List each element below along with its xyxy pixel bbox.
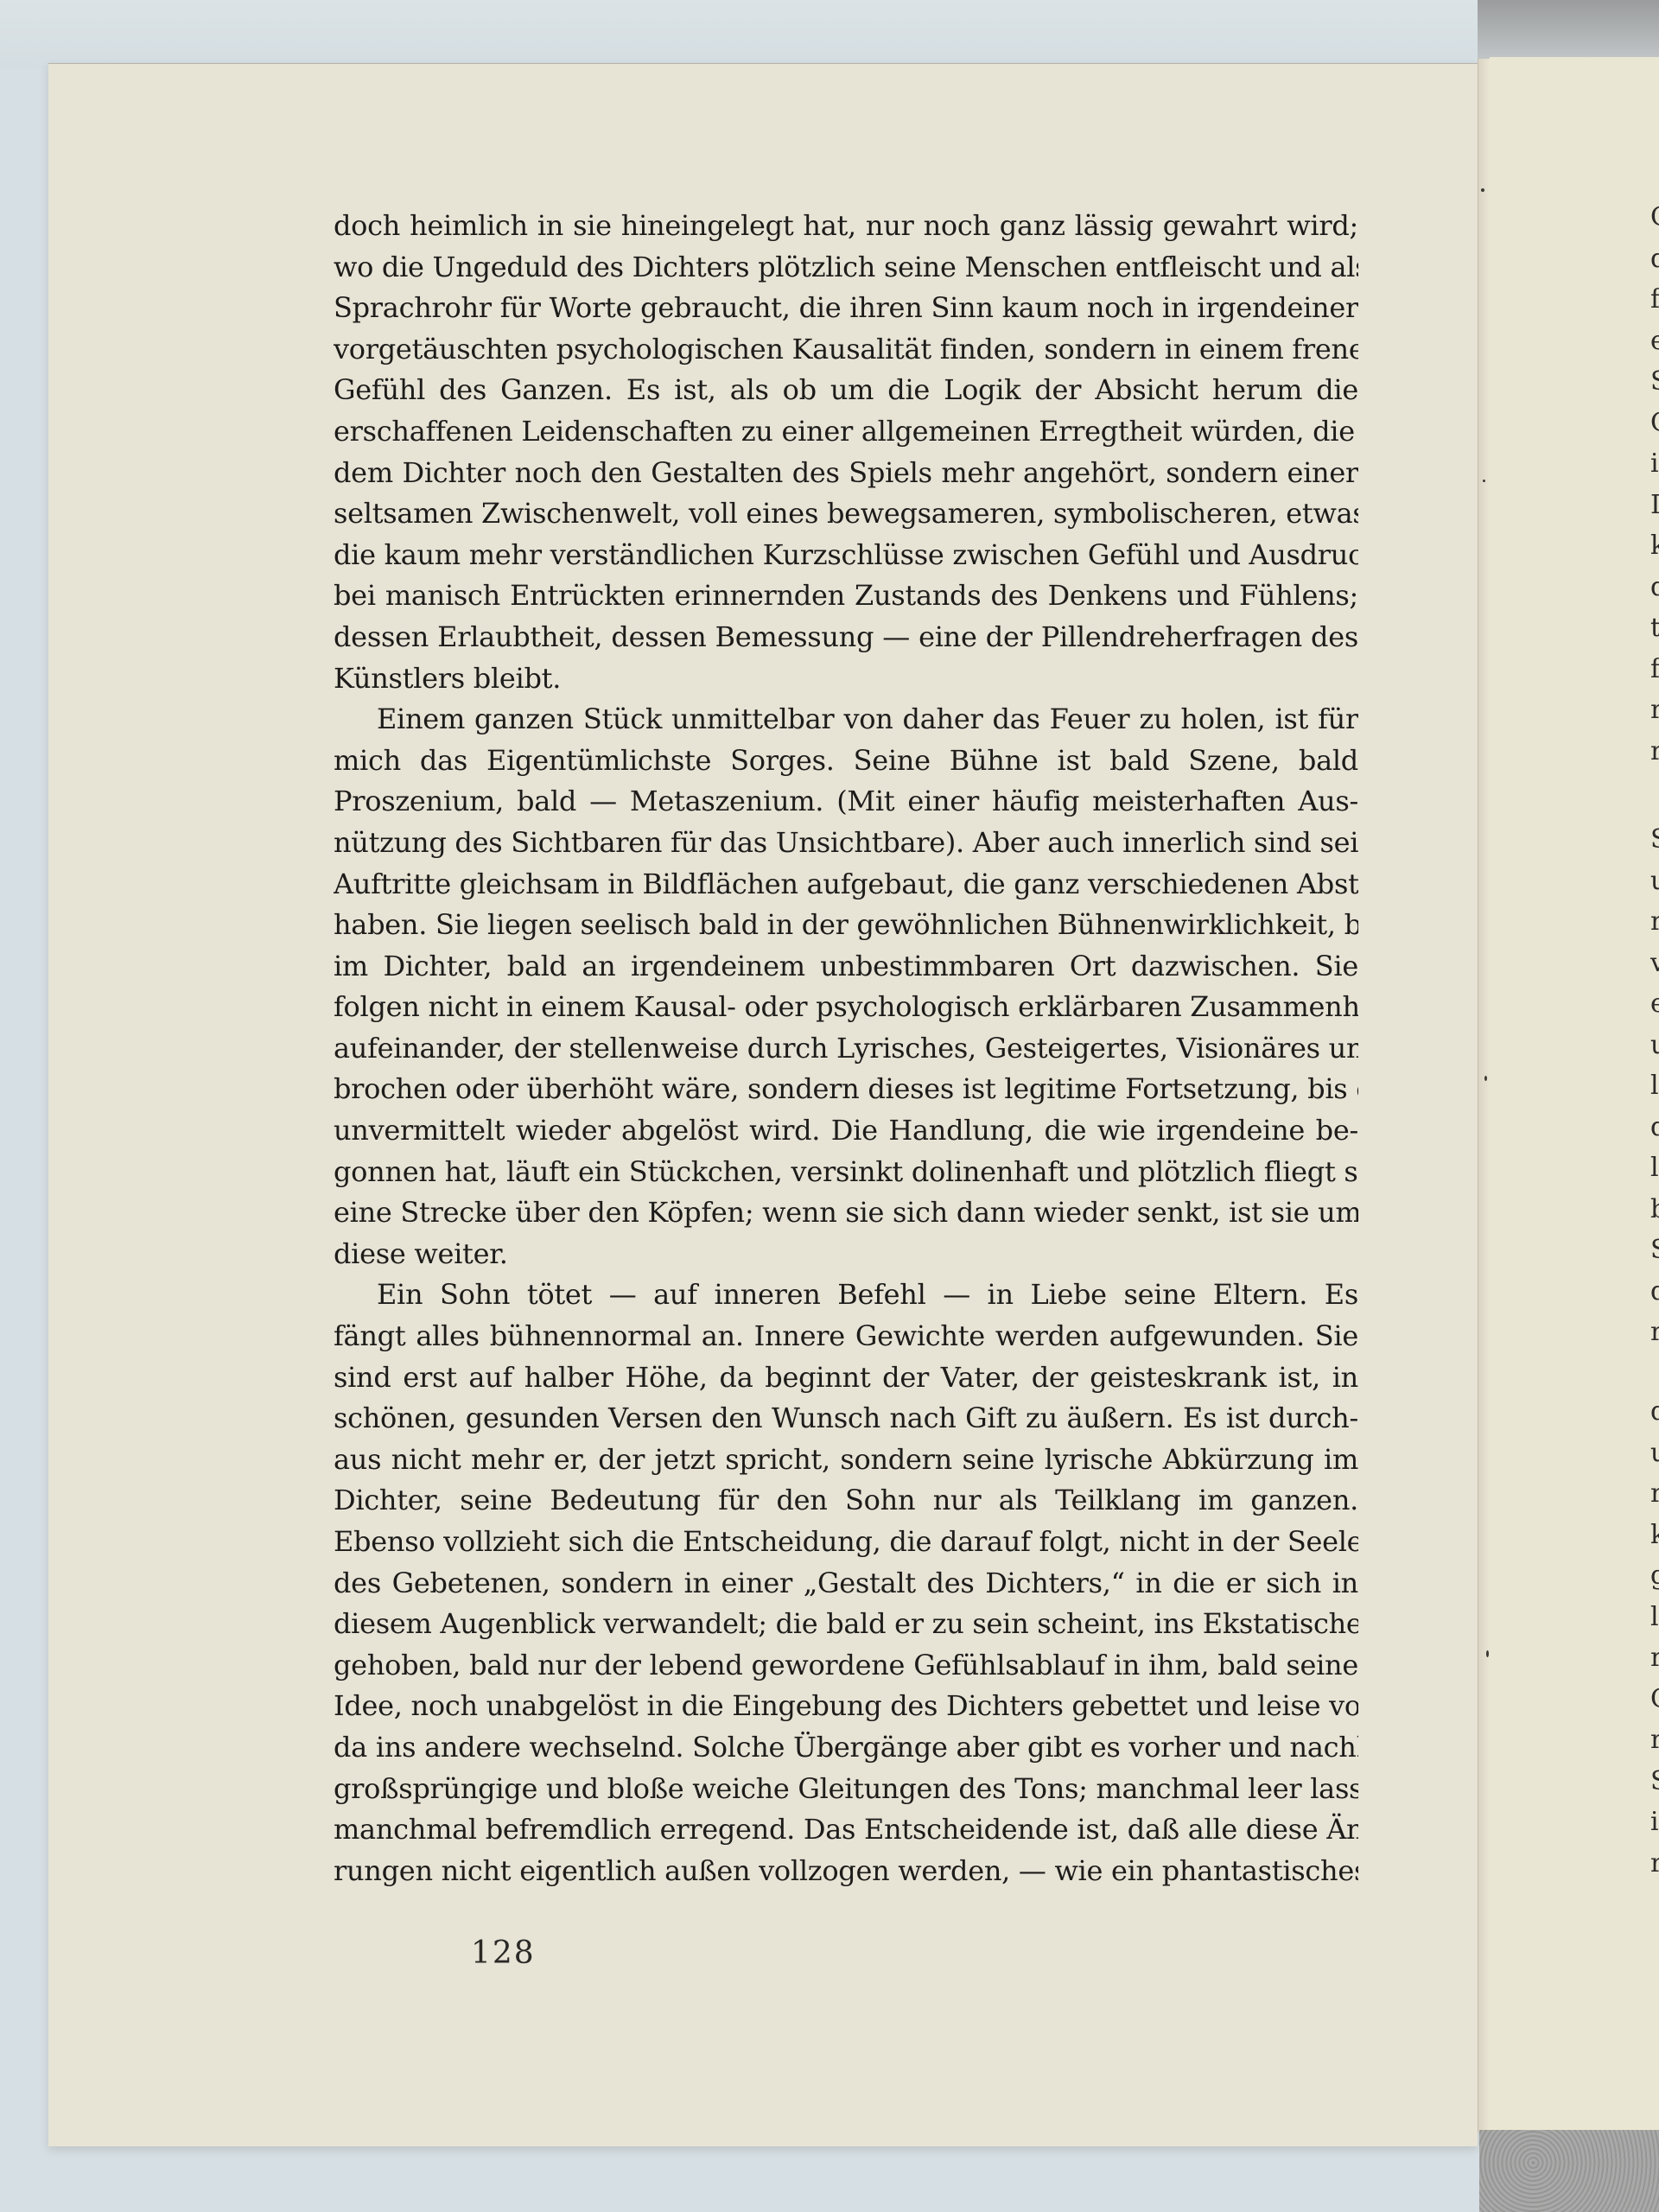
text-line: Gefühl des Ganzen. Es ist, als ob um die… [334, 370, 1358, 411]
paragraph-3: Ein Sohn tötet — auf inneren Befehl — in… [334, 1274, 1358, 1891]
page-number: 128 [471, 1935, 536, 1971]
book-page-right-edge [1490, 57, 1659, 2131]
adjacent-page-fragments-bottom: d u r k g l r G r S i r [1650, 1391, 1659, 1884]
text-line: haben. Sie liegen seelisch bald in der g… [334, 905, 1358, 946]
adjacent-page-fragments-middle: S u r v e u l d l b S d r [1650, 819, 1659, 1353]
text-line: des Gebetenen, sondern in einer „Gestalt… [334, 1563, 1358, 1605]
text-line: wo die Ungeduld des Dichters plötzlich s… [334, 247, 1358, 289]
text-line: aus nicht mehr er, der jetzt spricht, so… [334, 1440, 1358, 1481]
text-line: eine Strecke über den Köpfen; wenn sie s… [334, 1192, 1358, 1234]
text-line: Sprachrohr für Worte gebraucht, die ihre… [334, 288, 1358, 329]
text-line: Proszenium, bald — Metaszenium. (Mit ein… [334, 781, 1358, 823]
text-line: unvermittelt wieder abgelöst wird. Die H… [334, 1110, 1358, 1152]
text-line: Einem ganzen Stück unmittelbar von daher… [334, 699, 1358, 741]
gutter-mark [1484, 1076, 1487, 1081]
gutter-mark [1483, 480, 1485, 482]
text-line: gehoben, bald nur der lebend gewordene G… [334, 1645, 1358, 1687]
book-gutter [1478, 59, 1491, 2133]
text-line: im Dichter, bald an irgendeinem unbestim… [334, 946, 1358, 988]
top-right-shadow [1478, 0, 1659, 60]
text-line: brochen oder überhöht wäre, sondern dies… [334, 1069, 1358, 1110]
text-line: rungen nicht eigentlich außen vollzogen … [334, 1851, 1358, 1892]
text-line: dem Dichter noch den Gestalten des Spiel… [334, 453, 1358, 494]
text-line: seltsamen Zwischenwelt, voll eines beweg… [334, 493, 1358, 535]
text-line: Auftritte gleichsam in Bildflächen aufge… [334, 864, 1358, 906]
text-line: Idee, noch unabgelöst in die Eingebung d… [334, 1686, 1358, 1727]
text-line: bei manisch Entrückten erinnernden Zusta… [334, 575, 1358, 617]
textured-surface [1479, 2130, 1659, 2212]
text-line: Ein Sohn tötet — auf inneren Befehl — in… [334, 1274, 1358, 1316]
text-line: großsprüngige und bloße weiche Gleitunge… [334, 1769, 1358, 1810]
text-line: Künstlers bleibt. [334, 658, 1358, 700]
text-line: vorgetäuschten psychologischen Kausalitä… [334, 329, 1358, 371]
text-line: dessen Erlaubtheit, dessen Bemessung — e… [334, 617, 1358, 658]
gutter-mark [1481, 188, 1484, 192]
background-surface [0, 0, 1659, 69]
text-line: diese weiter. [334, 1234, 1358, 1275]
text-line: gonnen hat, läuft ein Stückchen, versink… [334, 1152, 1358, 1193]
text-line: fängt alles bühnennormal an. Innere Gewi… [334, 1316, 1358, 1357]
adjacent-page-fragments-top: G d f e S G i I k d t f r r [1650, 197, 1659, 772]
text-line: doch heimlich in sie hineingelegt hat, n… [334, 206, 1358, 247]
text-line: erschaffenen Leidenschaften zu einer all… [334, 411, 1358, 453]
text-line: sind erst auf halber Höhe, da beginnt de… [334, 1357, 1358, 1399]
paragraph-1: doch heimlich in sie hineingelegt hat, n… [334, 206, 1358, 699]
text-line: die kaum mehr verständlichen Kurzschlüss… [334, 535, 1358, 576]
text-line: manchmal befremdlich erregend. Das Entsc… [334, 1809, 1358, 1851]
text-line: Dichter, seine Bedeutung für den Sohn nu… [334, 1480, 1358, 1522]
text-line: aufeinander, der stellenweise durch Lyri… [334, 1028, 1358, 1070]
text-line: nützung des Sichtbaren für das Unsichtba… [334, 823, 1358, 864]
text-line: diesem Augenblick verwandelt; die bald e… [334, 1604, 1358, 1645]
text-line: Ebenso vollzieht sich die Entscheidung, … [334, 1522, 1358, 1563]
text-line: da ins andere wechselnd. Solche Übergäng… [334, 1727, 1358, 1769]
paragraph-2: Einem ganzen Stück unmittelbar von daher… [334, 699, 1358, 1274]
text-line: folgen nicht in einem Kausal- oder psych… [334, 987, 1358, 1028]
gutter-mark [1486, 1650, 1489, 1657]
text-line: schönen, gesunden Versen den Wunsch nach… [334, 1398, 1358, 1440]
text-line: mich das Eigentümlichste Sorges. Seine B… [334, 741, 1358, 782]
page-body-text: doch heimlich in sie hineingelegt hat, n… [334, 206, 1358, 1891]
